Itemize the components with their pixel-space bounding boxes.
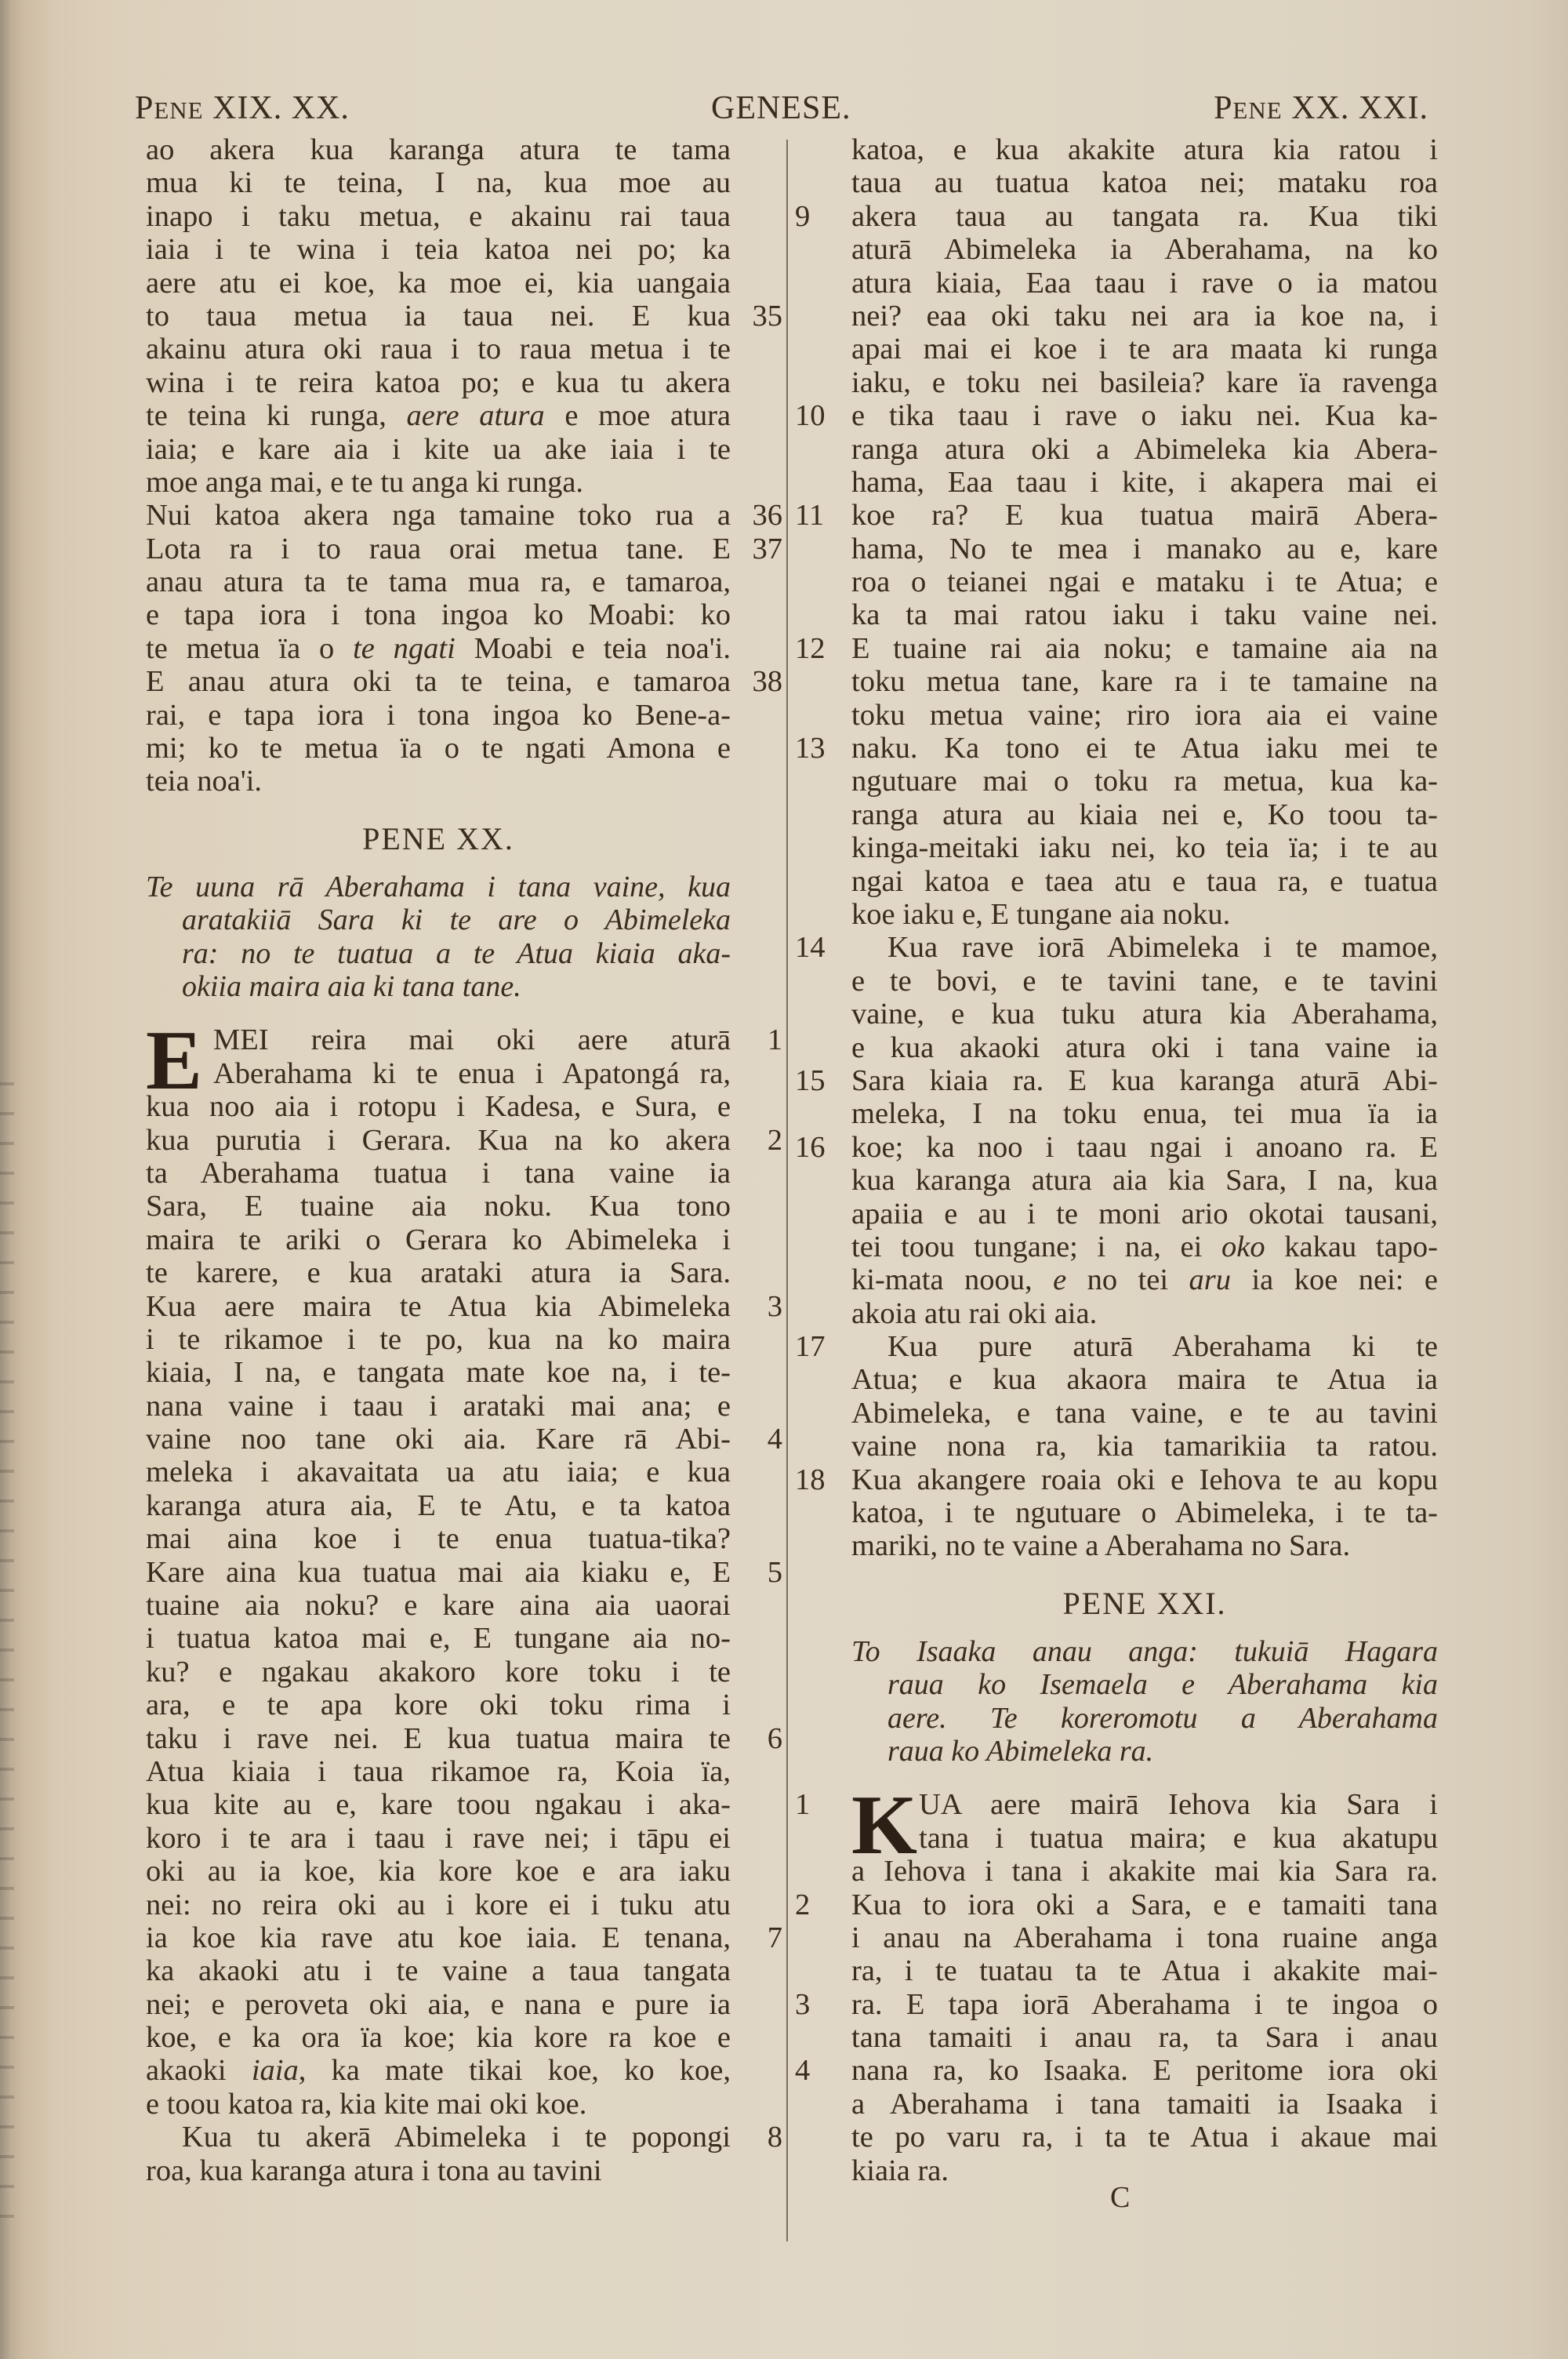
- text-line: nei? eaa oki taku nei ara ia koe na, i: [851, 300, 1438, 333]
- text-line: ngai katoa e taea atu e taua ra, e tuatu…: [851, 865, 1438, 898]
- verse-number: 1: [768, 1023, 782, 1056]
- line-text: nana ra, ko Isaaka. E peritome iora oki: [851, 2054, 1438, 2087]
- text-line: toku metua vaine; riro iora aia ei vaine: [851, 699, 1438, 732]
- verse-number: 38: [753, 665, 783, 698]
- line-text: koro i te ara i taau i rave nei; i tāpu …: [146, 1822, 731, 1855]
- text-line: ao akera kua karanga atura te tama: [146, 133, 731, 166]
- line-text: kinga-meitaki iaku nei, ko teia ïa; i te…: [851, 831, 1438, 864]
- verse-number: 8: [768, 2121, 782, 2154]
- right-column: katoa, e kua akakite atura kia ratou ita…: [851, 133, 1438, 2187]
- line-text: ara, e te apa kore oki toku rima i: [146, 1688, 731, 1721]
- line-text: nei: no reira oki au i kore ei i tuku at…: [146, 1888, 731, 1921]
- text-line: koro i te ara i taau i rave nei; i tāpu …: [146, 1822, 731, 1855]
- text-line: mariki, no te vaine a Aberahama no Sara.: [851, 1529, 1438, 1562]
- line-text: ranga atura oki a Abimeleka kia Abera-: [851, 433, 1438, 466]
- verse-number: 3: [795, 1988, 842, 2021]
- line-text: nana vaine i taau i arataki mai ana; e: [146, 1390, 731, 1423]
- text-line: Kua akangere roaia oki e Iehova te au ko…: [851, 1463, 1438, 1496]
- text-line: te metua ïa o te ngati Moabi e teia noa'…: [146, 632, 731, 665]
- line-text: mai aina koe i te enua tuatua-tika?: [146, 1522, 731, 1555]
- running-head-left: PENE XIX. XX.: [135, 89, 350, 127]
- text-line: katoa, i te ngutuare o Abimeleka, i te t…: [851, 1496, 1438, 1529]
- line-text: ngai katoa e taea atu e taua ra, e tuatu…: [851, 865, 1438, 898]
- line-text: moe anga mai, e te tu anga ki runga.: [146, 466, 583, 499]
- running-head: PENE XIX. XX. GENESE. PENE XX. XXI.: [135, 89, 1428, 129]
- text-line: kua noo aia i rotopu i Kadesa, e Sura, e: [146, 1090, 731, 1123]
- text-line: maira te ariki o Gerara ko Abimeleka i: [146, 1223, 731, 1256]
- line-text: teia noa'i.: [146, 765, 262, 798]
- line-text: oki au ia koe, kia kore koe e ara iaku: [146, 1855, 731, 1888]
- line-text: e tika taau i rave o iaku nei. Kua ka-: [851, 399, 1438, 432]
- line-text: nei? eaa oki taku nei ara ia koe na, i: [851, 300, 1438, 333]
- italic-text: iaia: [252, 2054, 299, 2087]
- line-text: Kua pure aturā Aberahama ki te: [887, 1330, 1438, 1363]
- verse-number: 10: [795, 399, 842, 432]
- line-text: iaia i te wina i teia katoa nei po; ka: [146, 233, 731, 266]
- text-line: Atua; e kua akaora maira te Atua ia: [851, 1363, 1438, 1396]
- summary-line: aratakiiā Sara ki te are o Abimeleka: [146, 903, 731, 936]
- verse-number: 4: [768, 1423, 782, 1456]
- line-text: tuaine aia noku? e kare aina aia uaorai: [146, 1589, 731, 1622]
- text-line: vaine, e kua tuku atura kia Aberahama,: [851, 998, 1438, 1030]
- line-text: koe, e ka ora ïa koe; kia kore ra koe e: [146, 2021, 731, 2054]
- text-line: e kua akaoki atura oki i tana vaine ia: [851, 1031, 1438, 1064]
- text-line: toku metua tane, kare ra i te tamaine na: [851, 665, 1438, 698]
- text-line: kua karanga atura aia kia Sara, I na, ku…: [851, 1164, 1438, 1197]
- line-text: Kua aere maira te Atua kia Abimeleka: [146, 1290, 731, 1323]
- text-line: koe iaku e, E tungane aia noku.: [851, 898, 1438, 931]
- verse-number: 6: [768, 1722, 782, 1755]
- line-text: inapo i taku metua, e akainu rai taua: [146, 200, 731, 233]
- verse-number: 2: [768, 1124, 782, 1157]
- line-text: ao akera kua karanga atura te tama: [146, 133, 731, 166]
- line-text: wina i te reira katoa po; e kua tu akera: [146, 366, 731, 399]
- line-text: i te rikamoe i te po, kua na ko maira: [146, 1323, 731, 1356]
- line-text: e moe atura: [545, 399, 731, 432]
- book-page: PENE XIX. XX. GENESE. PENE XX. XXI. ao a…: [0, 0, 1568, 2359]
- verse-number: 36: [753, 499, 783, 532]
- text-line: koe; ka noo i taau ngai i anoano ra. E16: [851, 1131, 1438, 1164]
- text-line: kua purutia i Gerara. Kua na ko akera2: [146, 1124, 731, 1157]
- text-line: nana vaine i taau i arataki mai ana; e: [146, 1390, 731, 1423]
- signature-mark: C: [1110, 2180, 1130, 2215]
- line-text: e tapa iora i tona ingoa ko Moabi: ko: [146, 598, 731, 631]
- line-text: katoa, e kua akakite atura kia ratou i: [851, 133, 1438, 166]
- line-text: hama, No te mea i manako au e, kare: [851, 533, 1438, 565]
- line-text: ka akaoki atu i te vaine a taua tangata: [146, 1954, 731, 1987]
- text-line: tana i tuatua maira; e kua akatupu: [851, 1822, 1438, 1855]
- text-line: apaiia e au i te moni ario okotai tausan…: [851, 1198, 1438, 1230]
- text-line: E tuaine rai aia noku; e tamaine aia na1…: [851, 632, 1438, 665]
- text-line: aere atu ei koe, ka moe ei, kia uangaia: [146, 267, 731, 300]
- text-line: te teina ki runga, aere atura e moe atur…: [146, 399, 731, 432]
- line-text: meleka i akavaitata ua atu iaia; e kua: [146, 1456, 731, 1488]
- text-line: e tapa iora i tona ingoa ko Moabi: ko: [146, 598, 731, 631]
- line-text: ngutuare mai o toku ra metua, kua ka-: [851, 765, 1438, 798]
- line-text: , ka mate tikai koe, ko koe,: [299, 2054, 731, 2087]
- line-text: mariki, no te vaine a Aberahama no Sara.: [851, 1529, 1350, 1562]
- text-line: ia koe kia rave atu koe iaia. E tenana,7: [146, 1921, 731, 1954]
- line-text: Nui katoa akera nga tamaine toko rua a: [146, 499, 731, 532]
- text-line: tuaine aia noku? e kare aina aia uaorai: [146, 1589, 731, 1622]
- line-text: karanga atura aia, E te Atu, e ta katoa: [146, 1489, 731, 1522]
- text-line: tana tamaiti i anau ra, ta Sara i anau: [851, 2021, 1438, 2054]
- text-line: tei toou tungane; i na, ei oko kakau tap…: [851, 1230, 1438, 1263]
- line-text: e kua akaoki atura oki i tana vaine ia: [851, 1031, 1438, 1064]
- line-text: ranga atura au kiaia nei e, Ko toou ta-: [851, 798, 1438, 831]
- line-text: MEI reira mai oki aere aturā: [213, 1023, 731, 1056]
- line-text: Sara kiaia ra. E kua karanga aturā Abi-: [851, 1064, 1438, 1097]
- text-line: vaine noo tane oki aia. Kare rā Abi-4: [146, 1423, 731, 1456]
- line-text: te teina ki runga,: [146, 399, 407, 432]
- chapter-title: PENE XX.: [146, 817, 731, 861]
- line-text: ta Aberahama tuatua i tana vaine ia: [146, 1157, 731, 1190]
- line-text: roa o teianei ngai e mataku i te Atua; e: [851, 565, 1438, 598]
- text-line: ngutuare mai o toku ra metua, kua ka-: [851, 765, 1438, 798]
- line-text: te metua ïa o: [146, 632, 353, 665]
- line-text: Moabi e teia noa'i.: [456, 632, 731, 665]
- text-line: akera taua au tangata ra. Kua tiki9: [851, 200, 1438, 233]
- line-text: i anau na Aberahama i tona ruaine anga: [851, 1921, 1438, 1954]
- line-text: Kua rave iorā Abimeleka i te mamoe,: [887, 931, 1438, 964]
- text-line: Lota ra i to raua orai metua tane. E37: [146, 533, 731, 565]
- text-line: a Iehova i tana i akakite mai kia Sara r…: [851, 1855, 1438, 1888]
- line-text: vaine noo tane oki aia. Kare rā Abi-: [146, 1423, 731, 1456]
- verse-number: 35: [753, 300, 783, 333]
- text-line: Kare aina kua tuatua mai aia kiaku e, E5: [146, 1556, 731, 1589]
- text-line: moe anga mai, e te tu anga ki runga.: [146, 466, 731, 499]
- text-line: Kua to iora oki a Sara, e e tamaiti tana…: [851, 1888, 1438, 1921]
- text-line: katoa, e kua akakite atura kia ratou i: [851, 133, 1438, 166]
- verse-number: 13: [795, 732, 842, 765]
- text-line: mua ki te teina, I na, kua moe au: [146, 166, 731, 199]
- line-text: toku metua tane, kare ra i te tamaine na: [851, 665, 1438, 698]
- line-text: kakau tapo-: [1265, 1230, 1438, 1263]
- chapter-opening: KUA aere mairā Iehova kia Sara i1tana i …: [851, 1788, 1438, 2187]
- verse-number: 4: [795, 2054, 842, 2087]
- line-text: vaine nona ra, kia tamarikiia ta ratou.: [851, 1430, 1438, 1463]
- text-line: anau atura ta te tama mua ra, e tamaroa,: [146, 565, 731, 598]
- line-text: ia koe nei: e: [1231, 1263, 1438, 1296]
- line-text: mua ki te teina, I na, kua moe au: [146, 166, 731, 199]
- line-text: Atua; e kua akaora maira te Atua ia: [851, 1363, 1438, 1396]
- verse-number: 14: [795, 931, 842, 964]
- text-line: mai aina koe i te enua tuatua-tika?: [146, 1522, 731, 1555]
- text-line: koe, e ka ora ïa koe; kia kore ra koe e: [146, 2021, 731, 2054]
- line-text: mi; ko te metua ïa o te ngati Amona e: [146, 732, 731, 765]
- verse-number: 9: [795, 200, 842, 233]
- text-line: atura kiaia, Eaa taau i rave o ia matou: [851, 267, 1438, 300]
- text-line: a Aberahama i tana tamaiti ia Isaaka i: [851, 2088, 1438, 2121]
- line-text: maira te ariki o Gerara ko Abimeleka i: [146, 1223, 731, 1256]
- text-line: ranga atura au kiaia nei e, Ko toou ta-: [851, 798, 1438, 831]
- line-text: kua purutia i Gerara. Kua na ko akera: [146, 1124, 731, 1157]
- text-line: hama, Eaa taau i kite, i akapera mai ei: [851, 466, 1438, 499]
- text-line: ranga atura oki a Abimeleka kia Abera-: [851, 433, 1438, 466]
- text-line: akoia atu rai oki aia.: [851, 1297, 1438, 1330]
- line-text: taku i rave nei. E kua tuatua maira te: [146, 1722, 731, 1755]
- text-line: hama, No te mea i manako au e, kare: [851, 533, 1438, 565]
- text-line: ku? e ngakau akakoro kore toku i te: [146, 1656, 731, 1688]
- italic-text: te ngati: [353, 632, 456, 665]
- running-head-book-title: GENESE.: [711, 89, 851, 127]
- line-text: E anau atura oki ta te teina, e tamaroa: [146, 665, 731, 698]
- italic-text: oko: [1221, 1230, 1265, 1263]
- text-line: meleka, I na toku enua, tei mua ïa ia: [851, 1097, 1438, 1130]
- text-line: Sara kiaia ra. E kua karanga aturā Abi-1…: [851, 1064, 1438, 1097]
- text-line: Abimeleka, e tana vaine, e te au tavini: [851, 1397, 1438, 1430]
- line-text: naku. Ka tono ei te Atua iaku mei te: [851, 732, 1438, 765]
- line-text: aere atu ei koe, ka moe ei, kia uangaia: [146, 267, 731, 300]
- line-text: hama, Eaa taau i kite, i akapera mai ei: [851, 466, 1438, 499]
- line-text: anau atura ta te tama mua ra, e tamaroa,: [146, 565, 731, 598]
- line-text: Atua kiaia i taua rikamoe ra, Koia ïa,: [146, 1755, 731, 1788]
- facing-page-edge: [0, 1082, 14, 2243]
- text-line: rai, e tapa iora i tona ingoa ko Bene-a-: [146, 699, 731, 732]
- summary-line: Te uuna rā Aberahama i tana vaine, kua: [146, 871, 731, 903]
- text-line: i te rikamoe i te po, kua na ko maira: [146, 1323, 731, 1356]
- column-divider: [786, 140, 788, 2241]
- summary-line: To Isaaka anau anga: tukuiā Hagara: [851, 1635, 1438, 1668]
- text-line: karanga atura aia, E te Atu, e ta katoa: [146, 1489, 731, 1522]
- text-line: taua au tuatua katoa nei; mataku roa: [851, 166, 1438, 199]
- text-line: ara, e te apa kore oki toku rima i: [146, 1688, 731, 1721]
- line-text: iaia; e kare aia i kite ua ake iaia i te: [146, 433, 731, 466]
- text-line: to taua metua ia taua nei. E kua35: [146, 300, 731, 333]
- text-line: Kua aere maira te Atua kia Abimeleka3: [146, 1290, 731, 1323]
- summary-line: okiia maira aia ki tana tane.: [146, 970, 731, 1003]
- text-line: i tuatua katoa mai e, E tungane aia no-: [146, 1622, 731, 1655]
- line-text: Sara, E tuaine aia noku. Kua tono: [146, 1190, 731, 1223]
- line-text: ki-mata noou,: [851, 1263, 1053, 1296]
- line-text: katoa, i te ngutuare o Abimeleka, i te t…: [851, 1496, 1438, 1529]
- text-line: Sara, E tuaine aia noku. Kua tono: [146, 1190, 731, 1223]
- verse-number: 12: [795, 632, 842, 665]
- line-text: e toou katoa ra, kia kite mai oki koe.: [146, 2088, 586, 2121]
- verse-number: 3: [768, 1290, 782, 1323]
- verse-number: 2: [795, 1888, 842, 1921]
- line-text: kua kite au e, kare toou ngakau i aka-: [146, 1788, 731, 1821]
- line-text: kiaia ra.: [851, 2154, 949, 2187]
- text-line: Kua rave iorā Abimeleka i te mamoe,14: [851, 931, 1438, 964]
- verse-number: 15: [795, 1064, 842, 1097]
- line-text: akainu atura oki raua i to raua metua i …: [146, 333, 731, 365]
- line-text: akoia atu rai oki aia.: [851, 1297, 1097, 1330]
- summary-line: raua ko Isemaela e Aberahama kia: [851, 1668, 1438, 1701]
- text-line: UA aere mairā Iehova kia Sara i1: [851, 1788, 1438, 1821]
- line-text: aturā Abimeleka ia Aberahama, na ko: [851, 233, 1438, 266]
- line-text: to taua metua ia taua nei. E kua: [146, 300, 731, 333]
- text-line: roa o teianei ngai e mataku i te Atua; e: [851, 565, 1438, 598]
- line-text: a Aberahama i tana tamaiti ia Isaaka i: [851, 2088, 1438, 2121]
- summary-line: ra: no te tuatua a te Atua kiaia aka-: [146, 937, 731, 970]
- line-text: toku metua vaine; riro iora aia ei vaine: [851, 699, 1438, 732]
- line-text: tana i tuatua maira; e kua akatupu: [919, 1822, 1438, 1855]
- line-text: ku? e ngakau akakoro kore toku i te: [146, 1656, 731, 1688]
- verse-number: 18: [795, 1463, 842, 1496]
- line-text: ra, i te tuatau ta te Atua i akakite mai…: [851, 1954, 1438, 1987]
- text-line: ka ta mai ratou iaku i taku vaine nei.: [851, 598, 1438, 631]
- text-line: aturā Abimeleka ia Aberahama, na ko: [851, 233, 1438, 266]
- text-line: mi; ko te metua ïa o te ngati Amona e: [146, 732, 731, 765]
- text-line: koe ra? E kua tuatua mairā Abera-11: [851, 499, 1438, 532]
- line-text: apai mai ei koe i te ara maata ki runga: [851, 333, 1438, 365]
- line-text: taua au tuatua katoa nei; mataku roa: [851, 166, 1438, 199]
- verse-number: 5: [768, 1556, 782, 1589]
- line-text: roa, kua karanga atura i tona au tavini: [146, 2154, 602, 2187]
- text-line: iaku, e toku nei basileia? kare ïa raven…: [851, 366, 1438, 399]
- text-line: kua kite au e, kare toou ngakau i aka-: [146, 1788, 731, 1821]
- line-text: akera taua au tangata ra. Kua tiki: [851, 200, 1438, 233]
- text-line: apai mai ei koe i te ara maata ki runga: [851, 333, 1438, 365]
- text-line: taku i rave nei. E kua tuatua maira te6: [146, 1722, 731, 1755]
- text-line: akainu atura oki raua i to raua metua i …: [146, 333, 731, 365]
- text-line: MEI reira mai oki aere aturā1: [146, 1023, 731, 1056]
- summary-line: aere. Te koreromotu a Aberahama: [851, 1702, 1438, 1735]
- line-text: nei; e peroveta oki aia, e nana e pure i…: [146, 1988, 731, 2021]
- line-text: Kua tu akerā Abimeleka i te popongi: [182, 2121, 731, 2154]
- line-text: E tuaine rai aia noku; e tamaine aia na: [851, 632, 1438, 665]
- text-line: ka akaoki atu i te vaine a taua tangata: [146, 1954, 731, 1987]
- verse-number: 37: [753, 533, 783, 565]
- italic-text: e: [1053, 1263, 1066, 1296]
- text-line: teia noa'i.: [146, 765, 731, 798]
- line-text: no tei: [1066, 1263, 1189, 1296]
- line-text: Aberahama ki te enua i Apatongá ra,: [213, 1057, 731, 1090]
- line-text: a Iehova i tana i akakite mai kia Sara r…: [851, 1855, 1438, 1888]
- chapter-summary: To Isaaka anau anga: tukuiā Hagararaua k…: [851, 1635, 1438, 1768]
- text-line: nana ra, ko Isaaka. E peritome iora oki4: [851, 2054, 1438, 2087]
- text-line: Kua tu akerā Abimeleka i te popongi8: [146, 2121, 731, 2154]
- text-line: e te bovi, e te tavini tane, e te tavini: [851, 965, 1438, 998]
- line-text: Abimeleka, e tana vaine, e te au tavini: [851, 1397, 1438, 1430]
- text-line: Nui katoa akera nga tamaine toko rua a36: [146, 499, 731, 532]
- text-line: roa, kua karanga atura i tona au tavini: [146, 2154, 731, 2187]
- verse-number: 16: [795, 1131, 842, 1164]
- line-text: kua noo aia i rotopu i Kadesa, e Sura, e: [146, 1090, 731, 1123]
- line-text: ra. E tapa iorā Aberahama i te ingoa o: [851, 1988, 1438, 2021]
- chapter-summary: Te uuna rā Aberahama i tana vaine, kuaar…: [146, 871, 731, 1004]
- text-line: meleka i akavaitata ua atu iaia; e kua: [146, 1456, 731, 1488]
- line-text: rai, e tapa iora i tona ingoa ko Bene-a-: [146, 699, 731, 732]
- line-text: vaine, e kua tuku atura kia Aberahama,: [851, 998, 1438, 1030]
- chapter-opening: EMEI reira mai oki aere aturā1Aberahama …: [146, 1023, 731, 2187]
- text-line: ra. E tapa iorā Aberahama i te ingoa o3: [851, 1988, 1438, 2021]
- line-text: kiaia, I na, e tangata mate koe na, i te…: [146, 1356, 731, 1389]
- line-text: te karere, e kua arataki atura ia Sara.: [146, 1256, 731, 1289]
- text-line: iaia; e kare aia i kite ua ake iaia i te: [146, 433, 731, 466]
- text-line: oki au ia koe, kia kore koe e ara iaku: [146, 1855, 731, 1888]
- left-column: ao akera kua karanga atura te tamamua ki…: [146, 133, 731, 2187]
- text-line: wina i te reira katoa po; e kua tu akera: [146, 366, 731, 399]
- line-text: koe ra? E kua tuatua mairā Abera-: [851, 499, 1438, 532]
- text-line: akaoki iaia, ka mate tikai koe, ko koe,: [146, 2054, 731, 2087]
- text-line: ra, i te tuatau ta te Atua i akakite mai…: [851, 1954, 1438, 1987]
- line-text: i tuatua katoa mai e, E tungane aia no-: [146, 1622, 731, 1655]
- text-line: kiaia, I na, e tangata mate koe na, i te…: [146, 1356, 731, 1389]
- verse-number: 1: [795, 1788, 842, 1821]
- text-line: nei; e peroveta oki aia, e nana e pure i…: [146, 1988, 731, 2021]
- line-text: UA aere mairā Iehova kia Sara i: [919, 1788, 1438, 1821]
- text-line: Aberahama ki te enua i Apatongá ra,: [146, 1057, 731, 1090]
- line-text: meleka, I na toku enua, tei mua ïa ia: [851, 1097, 1438, 1130]
- text-line: ki-mata noou, e no tei aru ia koe nei: e: [851, 1263, 1438, 1296]
- text-line: nei: no reira oki au i kore ei i tuku at…: [146, 1888, 731, 1921]
- line-text: Kare aina kua tuatua mai aia kiaku e, E: [146, 1556, 731, 1589]
- spacer: [146, 1003, 731, 1023]
- line-text: kua karanga atura aia kia Sara, I na, ku…: [851, 1164, 1438, 1197]
- line-text: tana tamaiti i anau ra, ta Sara i anau: [851, 2021, 1438, 2054]
- line-text: te po varu ra, i ta te Atua i akaue mai: [851, 2121, 1438, 2154]
- line-text: ka ta mai ratou iaku i taku vaine nei.: [851, 598, 1438, 631]
- line-text: akaoki: [146, 2054, 252, 2087]
- line-text: apaiia e au i te moni ario okotai tausan…: [851, 1198, 1438, 1230]
- text-line: inapo i taku metua, e akainu rai taua: [146, 200, 731, 233]
- summary-line: raua ko Abimeleka ra.: [851, 1735, 1438, 1768]
- line-text: koe; ka noo i taau ngai i anoano ra. E: [851, 1131, 1438, 1164]
- line-text: Lota ra i to raua orai metua tane. E: [146, 533, 731, 565]
- text-line: ta Aberahama tuatua i tana vaine ia: [146, 1157, 731, 1190]
- line-text: Kua to iora oki a Sara, e e tamaiti tana: [851, 1888, 1438, 1921]
- text-line: te po varu ra, i ta te Atua i akaue mai: [851, 2121, 1438, 2154]
- text-line: iaia i te wina i teia katoa nei po; ka: [146, 233, 731, 266]
- line-text: ia koe kia rave atu koe iaia. E tenana,: [146, 1921, 731, 1954]
- italic-text: aru: [1189, 1263, 1231, 1296]
- verse-number: 7: [768, 1921, 782, 1954]
- verse-number: 11: [795, 499, 842, 532]
- spacer: [851, 1768, 1438, 1788]
- text-line: te karere, e kua arataki atura ia Sara.: [146, 1256, 731, 1289]
- text-line: naku. Ka tono ei te Atua iaku mei te13: [851, 732, 1438, 765]
- chapter-title: PENE XXI.: [851, 1582, 1438, 1626]
- text-line: Atua kiaia i taua rikamoe ra, Koia ïa,: [146, 1755, 731, 1788]
- text-line: e toou katoa ra, kia kite mai oki koe.: [146, 2088, 731, 2121]
- line-text: iaku, e toku nei basileia? kare ïa raven…: [851, 366, 1438, 399]
- line-text: koe iaku e, E tungane aia noku.: [851, 898, 1230, 931]
- text-line: Kua pure aturā Aberahama ki te17: [851, 1330, 1438, 1363]
- line-text: atura kiaia, Eaa taau i rave o ia matou: [851, 267, 1438, 300]
- italic-text: aere atura: [407, 399, 545, 432]
- line-text: Kua akangere roaia oki e Iehova te au ko…: [851, 1463, 1438, 1496]
- text-line: i anau na Aberahama i tona ruaine anga: [851, 1921, 1438, 1954]
- text-line: kinga-meitaki iaku nei, ko teia ïa; i te…: [851, 831, 1438, 864]
- text-line: e tika taau i rave o iaku nei. Kua ka-10: [851, 399, 1438, 432]
- text-line: E anau atura oki ta te teina, e tamaroa3…: [146, 665, 731, 698]
- running-head-right: PENE XX. XXI.: [1214, 89, 1428, 127]
- line-text: tei toou tungane; i na, ei: [851, 1230, 1221, 1263]
- text-line: vaine nona ra, kia tamarikiia ta ratou.: [851, 1430, 1438, 1463]
- text-line: kiaia ra.: [851, 2154, 1438, 2187]
- verse-number: 17: [795, 1330, 842, 1363]
- line-text: e te bovi, e te tavini tane, e te tavini: [851, 965, 1438, 998]
